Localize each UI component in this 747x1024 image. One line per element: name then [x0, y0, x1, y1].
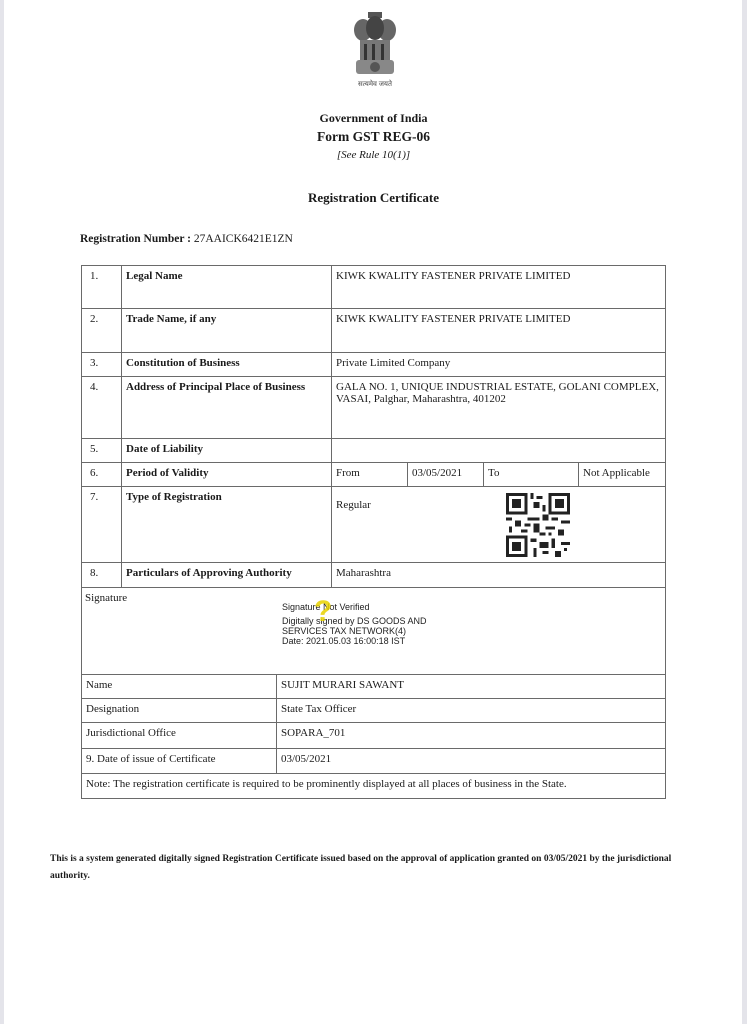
field-label: Legal Name — [122, 266, 332, 309]
row-number: 5. — [82, 439, 122, 463]
table-row: Note: The registration certificate is re… — [82, 774, 666, 799]
validity-cell: From 03/05/2021 To Not Applicable — [332, 463, 666, 487]
field-label: Name — [82, 675, 277, 699]
form-heading: Form GST REG-06 — [0, 129, 747, 145]
rule-reference: [See Rule 10(1)] — [0, 149, 747, 161]
validity-from-value: 03/05/2021 — [408, 463, 484, 486]
field-label: Date of Liability — [122, 439, 332, 463]
table-row: 9. Date of issue of Certificate 03/05/20… — [82, 749, 666, 774]
officer-table: Signature Signature Not Verified Digital… — [81, 587, 666, 799]
row-number: 4. — [82, 377, 122, 439]
table-row: 8. Particulars of Approving Authority Ma… — [82, 563, 666, 588]
validity-to-label: To — [484, 463, 579, 486]
emblem-caption: सत्यमेव जयते — [340, 80, 410, 89]
table-row: 6. Period of Validity From 03/05/2021 To… — [82, 463, 666, 487]
table-row: Designation State Tax Officer — [82, 699, 666, 723]
legal-name-value: KIWK KWALITY FASTENER PRIVATE LIMITED — [332, 266, 666, 309]
field-label: 9. Date of issue of Certificate — [82, 749, 277, 774]
digital-signature-block[interactable]: Signature Not Verified Digitally signed … — [282, 602, 427, 646]
table-row: Name SUJIT MURARI SAWANT — [82, 675, 666, 699]
question-mark-icon: ? — [314, 606, 332, 618]
state-emblem-icon — [350, 10, 400, 90]
table-row: 4. Address of Principal Place of Busines… — [82, 377, 666, 439]
field-label: Period of Validity — [122, 463, 332, 487]
officer-name-value: SUJIT MURARI SAWANT — [277, 675, 666, 699]
registration-type-cell: Regular — [332, 487, 666, 563]
certificate-title: Registration Certificate — [0, 190, 747, 206]
table-row: 5. Date of Liability — [82, 439, 666, 463]
table-row: Jurisdictional Office SOPARA_701 — [82, 723, 666, 749]
field-label: Jurisdictional Office — [82, 723, 277, 749]
qr-code-icon — [506, 493, 570, 557]
signature-row: Signature Signature Not Verified Digital… — [82, 588, 666, 675]
field-label: Type of Registration — [122, 487, 332, 563]
row-number: 1. — [82, 266, 122, 309]
field-label: Trade Name, if any — [122, 309, 332, 353]
table-row: 1. Legal Name KIWK KWALITY FASTENER PRIV… — [82, 266, 666, 309]
registration-number-value: 27AAICK6421E1ZN — [194, 233, 293, 245]
table-row: 2. Trade Name, if any KIWK KWALITY FASTE… — [82, 309, 666, 353]
designation-value: State Tax Officer — [277, 699, 666, 723]
row-number: 3. — [82, 353, 122, 377]
signature-cell: Signature Signature Not Verified Digital… — [82, 588, 666, 675]
row-number: 8. — [82, 563, 122, 588]
field-label: Address of Principal Place of Business — [122, 377, 332, 439]
registration-type-value: Regular — [336, 499, 661, 511]
trade-name-value: KIWK KWALITY FASTENER PRIVATE LIMITED — [332, 309, 666, 353]
registration-number: Registration Number : 27AAICK6421E1ZN — [80, 233, 293, 245]
address-value: GALA NO. 1, UNIQUE INDUSTRIAL ESTATE, GO… — [332, 377, 666, 439]
issue-date-value: 03/05/2021 — [277, 749, 666, 774]
signature-signer-line1: Digitally signed by DS GOODS AND — [282, 616, 427, 626]
liability-date-value — [332, 439, 666, 463]
validity-subtable: From 03/05/2021 To Not Applicable — [332, 463, 665, 486]
signature-status: Signature Not Verified — [282, 602, 427, 612]
row-number: 7. — [82, 487, 122, 563]
row-number: 6. — [82, 463, 122, 487]
signature-date: Date: 2021.05.03 16:00:18 IST — [282, 636, 427, 646]
approving-authority-value: Maharashtra — [332, 563, 666, 588]
system-generated-footer: This is a system generated digitally sig… — [50, 851, 710, 885]
field-label: Particulars of Approving Authority — [122, 563, 332, 588]
government-heading: Government of India — [0, 111, 747, 126]
field-label: Constitution of Business — [122, 353, 332, 377]
table-row: 3. Constitution of Business Private Limi… — [82, 353, 666, 377]
display-note: Note: The registration certificate is re… — [82, 774, 666, 799]
jurisdictional-office-value: SOPARA_701 — [277, 723, 666, 749]
row-number: 2. — [82, 309, 122, 353]
table-row: 7. Type of Registration Regular — [82, 487, 666, 563]
field-label: Designation — [82, 699, 277, 723]
registration-number-label: Registration Number : — [80, 233, 191, 245]
validity-to-value: Not Applicable — [579, 463, 666, 486]
validity-from-label: From — [332, 463, 408, 486]
details-table: 1. Legal Name KIWK KWALITY FASTENER PRIV… — [81, 265, 666, 588]
signature-signer-line2: SERVICES TAX NETWORK(4) — [282, 626, 427, 636]
constitution-value: Private Limited Company — [332, 353, 666, 377]
